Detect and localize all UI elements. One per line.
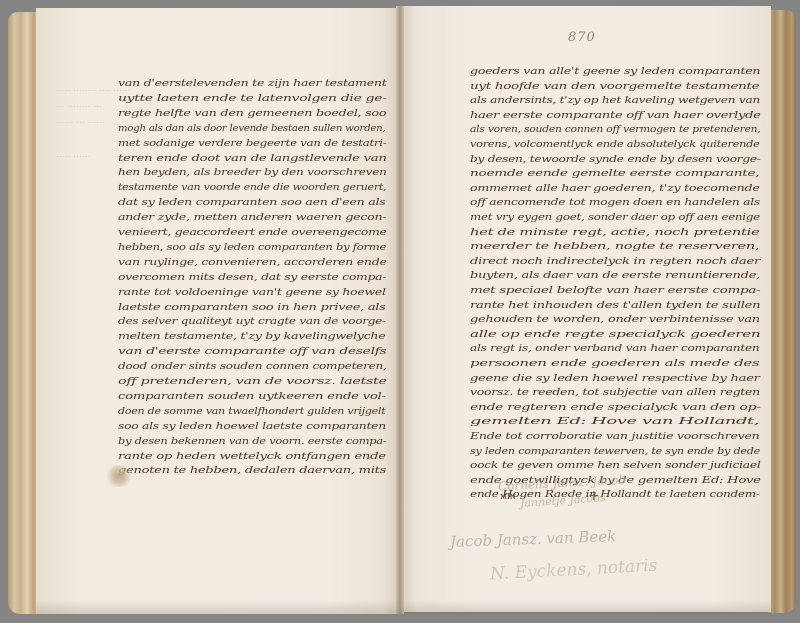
left-page-text-line: soo als sy leden hoewel laetste comparan… [118,421,386,432]
right-page-text-line: direct noch indirectelyck in regten noch… [470,256,760,267]
page-bottom-shadow [36,600,771,614]
signature-mark-initials: ᴍɪɴ [500,492,516,502]
left-page-text-line: uytte laeten ende te latenvolgen die ge- [118,93,387,104]
right-page-text-line: vorens, volcomentlyck ende absolutelyck … [470,139,760,150]
right-page-text-line: alle op ende regte specialyck goederen [470,329,760,340]
left-page-text-line: rante op heden wettelyck ontfangen ende [118,451,386,462]
left-page-text-line: melten testamente, t'zy by kavelingwelyc… [118,331,385,342]
left-page-text-line: genoten te hebben, dedalen daervan, mits [118,465,386,476]
right-page-text-line: met speciael belofte van haer eerste com… [470,285,760,296]
ink-blot-marginalia [105,465,133,487]
left-page-text-line: by desen bekennen van de voorn. eerste c… [118,436,387,447]
right-page-text-line: rante het inhouden des t'allen tyden te … [470,300,760,311]
right-page-text-line: als andersints, t'zy op het kaveling wet… [470,95,760,106]
right-page-text-line: als regt is, onder verband van haer comp… [470,343,759,354]
folio-number: 870 [568,30,596,45]
left-page-text-line: dat sy leden comparanten soo aen d'een a… [118,197,385,208]
left-page-text-line: hebben, soo als sy leden comparanten by … [118,242,386,253]
right-page-text-line: noemde eende gemelte eerste comparante, [470,168,759,179]
left-page-text-line: testamente van voorde ende die woorden g… [118,182,386,193]
right-page-text-line: meerder te hebben, nogte te reserveren, [470,241,759,252]
right-page-text-line: uyt hoofde van den voorgemelte testament… [470,81,759,92]
left-page-text-line: laetste comparanten soo in hen privee, a… [118,302,386,313]
left-page-text-line: comparanten souden uytkeeren ende vol- [118,391,386,402]
left-page-text-line: doen de somme van twaelfhondert gulden v… [118,406,385,417]
right-page-text-line: ende regteren ende specialyck van den op… [470,402,761,413]
right-page-text-line: het de minste regt, actie, noch pretenti… [470,227,759,238]
right-page-text-line: buyten, als daer van de eerste renuntier… [470,270,760,281]
right-page-text-line: met vry eygen goet, sonder daer op off a… [470,212,760,223]
left-page-text-line: rante tot voldoeninge van't geene sy hoe… [118,287,386,298]
right-page-text-line: off aencomende tot mogen doen en handele… [470,197,760,208]
left-page-text-line: van d'eerste comparante off van deselfs [118,346,386,357]
left-page-text-line: off pretenderen, van de voorsz. laetste [118,376,387,387]
right-page-text-line: als voren, souden connen off vermogen te… [470,124,760,135]
right-page-text-line: gehouden te worden, onder verbintenisse … [470,314,760,325]
left-page-text-line: regte helfte van den gemeenen boedel, so… [118,108,386,119]
left-page-text-line: dood onder sints souden connen competere… [118,361,387,372]
left-page-text-line: hen beyden, als breeder by den voorschre… [118,167,387,178]
left-page-text-line: teren ende doot van de langstlevende van [118,153,387,164]
right-page-text-line: sy leden comparanten tewerven, te syn en… [470,446,760,457]
right-page-text-line: gemelten Ed: Hove van Hollandt, [470,416,759,427]
right-page-text-line: geene die sy leden hoewel respective by … [470,373,760,384]
left-page-text-line: van d'eerstelevenden te zijn haer testam… [118,78,387,89]
left-page-text-line: mogh als dan als door levende bestaen su… [118,123,385,134]
right-page-text-line: ommemet alle haer goederen, t'zy toecome… [470,183,760,194]
right-page-text-line: voorsz. te reeden, tot subjectie van all… [470,387,760,398]
right-page-text-line: oock te geven omme hen selven sonder jud… [470,460,761,471]
book-gutter [396,6,404,614]
right-page-text-line: goeders van alle't geene sy leden compar… [470,66,760,77]
right-page-text-line: Ende tot corroboratie van justitie voors… [470,431,759,442]
left-page-text-line: van ruylinge, convenieren, accorderen en… [118,257,387,268]
right-fore-edge [768,10,796,613]
right-page-text-line: by desen, tewoorde synde ende by desen v… [470,154,761,165]
open-manuscript-book: 870 ..... ........ .... ...... ... .....… [0,0,800,623]
right-page-text-line: persoonen ende goederen als mede des [470,358,759,369]
left-page-text-line: overcomen mits desen, dat sy eerste comp… [118,272,386,283]
left-page-text-line: ander zyde, metten anderen waeren gecon- [118,212,386,223]
right-page-text-line: haer eerste comparante off van haer over… [470,110,761,121]
signature-cross-mark: + [588,488,600,504]
left-page-text-line: met sodanige verdere begeerte van de tes… [118,138,386,149]
left-page-text-line: des selver qualiteyt uyt cragte van de v… [118,316,386,327]
left-page-text-line: venieert, geaccordeert ende overeengecom… [118,227,387,238]
